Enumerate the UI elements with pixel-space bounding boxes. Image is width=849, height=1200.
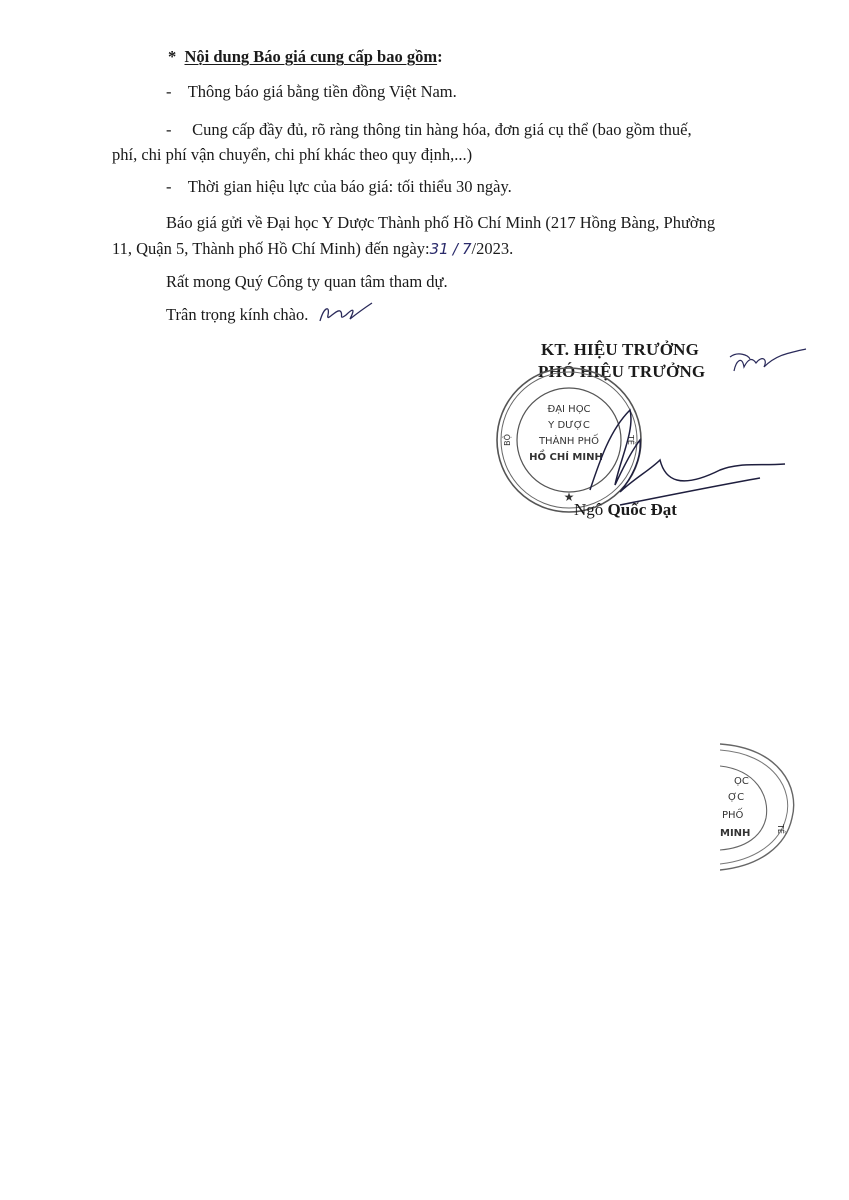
signature-flourish-icon xyxy=(728,345,808,375)
signature-icon xyxy=(560,400,800,510)
signature-title-1: KT. HIỆU TRƯỞNG xyxy=(541,340,699,360)
svg-text:TẾ: TẾ xyxy=(776,823,787,835)
list-item-continuation: phí, chi phí vận chuyển, chi phí khác th… xyxy=(112,145,472,165)
signer-name: Ngô Quốc Đạt xyxy=(574,500,677,520)
svg-text:BỘ: BỘ xyxy=(501,434,512,446)
list-item: - Cung cấp đầy đủ, rõ ràng thông tin hàn… xyxy=(166,120,692,140)
handwritten-date-day: 31 xyxy=(430,240,449,258)
closing-line-1: Rất mong Quý Công ty quan tâm tham dự. xyxy=(166,272,448,292)
initials-signature-icon xyxy=(316,301,376,325)
section-heading: * Nội dung Báo giá cung cấp bao gồm: xyxy=(168,47,443,67)
svg-text:ỢC: ỢC xyxy=(728,792,744,803)
list-item: - Thời gian hiệu lực của báo giá: tối th… xyxy=(166,177,512,197)
list-item: - Thông báo giá bằng tiền đồng Việt Nam. xyxy=(166,82,457,102)
submission-line-1: Báo giá gửi về Đại học Y Dược Thành phố … xyxy=(166,213,715,233)
closing-line-2: Trân trọng kính chào. xyxy=(166,305,308,325)
submission-line-2: 11, Quận 5, Thành phố Hồ Chí Minh) đến n… xyxy=(112,239,513,259)
heading-text: Nội dung Báo giá cung cấp bao gồm xyxy=(185,47,438,66)
handwritten-date-month: 7 xyxy=(462,240,472,258)
svg-text:MINH: MINH xyxy=(720,828,750,839)
list-item-text: Thời gian hiệu lực của báo giá: tối thiể… xyxy=(188,177,512,196)
heading-bullet: * xyxy=(168,47,176,66)
list-item-text: Cung cấp đầy đủ, rõ ràng thông tin hàng … xyxy=(192,120,692,139)
svg-text:PHỐ: PHỐ xyxy=(722,807,744,821)
svg-text:ỌC: ỌC xyxy=(734,776,749,787)
partial-seal-stamp: ỌC ỢC PHỐ MINH TẾ xyxy=(720,738,830,878)
list-item-text: Thông báo giá bằng tiền đồng Việt Nam. xyxy=(188,82,457,101)
